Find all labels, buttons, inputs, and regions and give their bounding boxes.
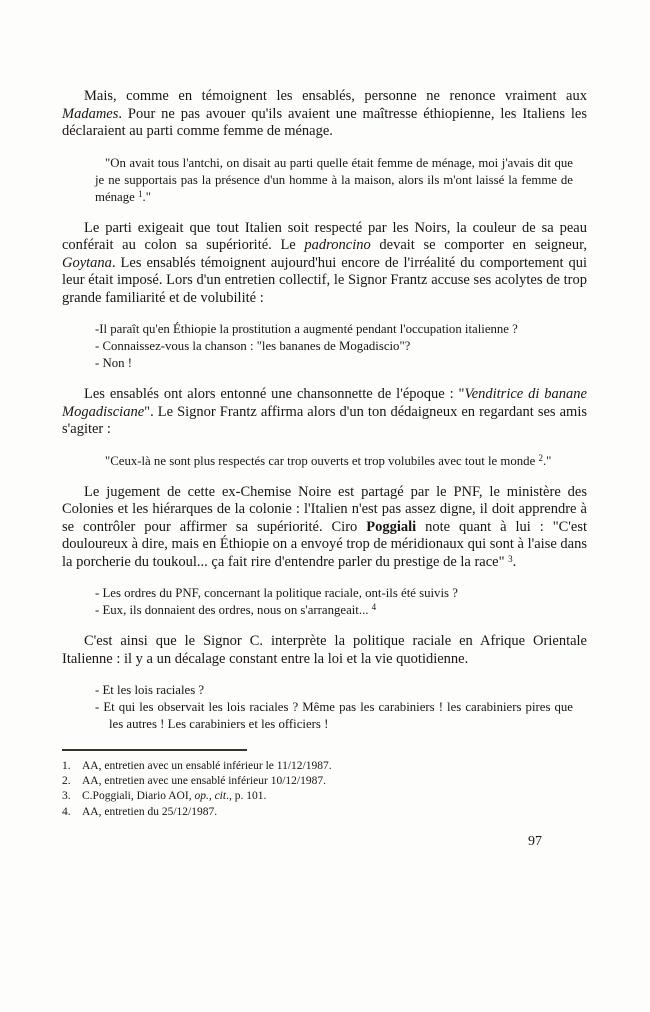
text-segment: - Non ! bbox=[95, 356, 132, 370]
blockquote-antchi: "On avait tous l'antchi, on disait au pa… bbox=[95, 155, 573, 206]
text-segment: ." bbox=[543, 454, 551, 468]
text-segment: AA, entretien avec un ensablé inférieur … bbox=[82, 760, 332, 772]
text-segment: devait se comporter en seigneur, bbox=[371, 237, 587, 253]
text-segment: Madames bbox=[62, 106, 118, 122]
footnote-item: 4.AA, entretien du 25/12/1987. bbox=[62, 805, 587, 820]
document-page: Mais, comme en témoignent les ensablés, … bbox=[0, 0, 650, 1012]
dialogue-line: - Et qui les observait les lois raciales… bbox=[95, 699, 573, 733]
footnote-separator bbox=[62, 749, 247, 751]
text-segment: "On avait tous l'antchi, on disait au pa… bbox=[95, 156, 573, 204]
dialogue-line: - Connaissez-vous la chanson : "les bana… bbox=[95, 338, 573, 355]
text-segment: C.Poggiali, Diario AOI, bbox=[82, 790, 194, 802]
page-content: Mais, comme en témoignent les ensablés, … bbox=[62, 88, 587, 850]
footnote-text: C.Poggiali, Diario AOI, op., cit., p. 10… bbox=[82, 789, 587, 804]
paragraph-padroncino: Le parti exigeait que tout Italien soit … bbox=[62, 220, 587, 308]
dialogue-line: - Et les lois raciales ? bbox=[95, 682, 573, 699]
text-segment: ., p. 101. bbox=[226, 790, 266, 802]
footnote-text: AA, entretien avec une ensablé inférieur… bbox=[82, 774, 587, 789]
text-segment: Mais, comme en témoignent les ensablés, … bbox=[84, 88, 587, 104]
text-segment: ." bbox=[143, 190, 151, 204]
paragraph-decalage: C'est ainsi que le Signor C. interprète … bbox=[62, 633, 587, 668]
dialogue-line: - Non ! bbox=[95, 355, 573, 372]
text-segment: - Connaissez-vous la chanson : "les bana… bbox=[95, 339, 410, 353]
text-segment: . Les ensablés témoignent aujourd'hui en… bbox=[62, 255, 587, 306]
text-blocks: Mais, comme en témoignent les ensablés, … bbox=[62, 88, 587, 733]
page-number: 97 bbox=[62, 834, 587, 850]
dialogue-line: - Eux, ils donnaient des ordres, nous on… bbox=[95, 602, 573, 619]
text-segment: - Et les lois raciales ? bbox=[95, 683, 204, 697]
text-segment: op., cit bbox=[194, 790, 226, 802]
text-segment: Poggiali bbox=[366, 519, 416, 535]
dialogue-ordres-pnf: - Les ordres du PNF, concernant la polit… bbox=[95, 585, 573, 619]
text-segment: C'est ainsi que le Signor C. interprète … bbox=[62, 633, 587, 667]
dialogue-line: -Il paraît qu'en Éthiopie la prostitutio… bbox=[95, 321, 573, 338]
footnote-text: AA, entretien avec un ensablé inférieur … bbox=[82, 759, 587, 774]
footnote-text: AA, entretien du 25/12/1987. bbox=[82, 805, 587, 820]
footnote-number: 2. bbox=[62, 774, 82, 789]
text-segment: Goytana bbox=[62, 255, 112, 271]
footnote-item: 3.C.Poggiali, Diario AOI, op., cit., p. … bbox=[62, 789, 587, 804]
dialogue-prostitution: -Il paraît qu'en Éthiopie la prostitutio… bbox=[95, 321, 573, 372]
text-segment: . bbox=[513, 554, 517, 570]
footnote-number: 4. bbox=[62, 805, 82, 820]
dialogue-lois-raciales: - Et les lois raciales ?- Et qui les obs… bbox=[95, 682, 573, 733]
blockquote-ceux-la: "Ceux-là ne sont plus respectés car trop… bbox=[95, 453, 573, 470]
text-segment: . Pour ne pas avouer qu'ils avaient une … bbox=[62, 106, 587, 140]
paragraph-chansonnette: Les ensablés ont alors entonné une chans… bbox=[62, 386, 587, 439]
footnote-item: 1.AA, entretien avec un ensablé inférieu… bbox=[62, 759, 587, 774]
footnote-number: 1. bbox=[62, 759, 82, 774]
footnote-ref: 4 bbox=[372, 602, 377, 612]
footnote-item: 2.AA, entretien avec une ensablé inférie… bbox=[62, 774, 587, 789]
text-segment: AA, entretien avec une ensablé inférieur… bbox=[82, 775, 326, 787]
text-segment: -Il paraît qu'en Éthiopie la prostitutio… bbox=[95, 322, 518, 336]
paragraph-jugement: Le jugement de cette ex-Chemise Noire es… bbox=[62, 484, 587, 572]
text-segment: - Les ordres du PNF, concernant la polit… bbox=[95, 586, 458, 600]
paragraph-madames: Mais, comme en témoignent les ensablés, … bbox=[62, 88, 587, 141]
text-segment: "Ceux-là ne sont plus respectés car trop… bbox=[105, 454, 538, 468]
footnotes: 1.AA, entretien avec un ensablé inférieu… bbox=[62, 759, 587, 820]
text-segment: padroncino bbox=[304, 237, 370, 253]
dialogue-line: - Les ordres du PNF, concernant la polit… bbox=[95, 585, 573, 602]
text-segment: - Et qui les observait les lois raciales… bbox=[95, 700, 573, 731]
footnote-number: 3. bbox=[62, 789, 82, 804]
text-segment: Les ensablés ont alors entonné une chans… bbox=[84, 386, 464, 402]
text-segment: AA, entretien du 25/12/1987. bbox=[82, 806, 217, 818]
text-segment: - Eux, ils donnaient des ordres, nous on… bbox=[95, 603, 372, 617]
